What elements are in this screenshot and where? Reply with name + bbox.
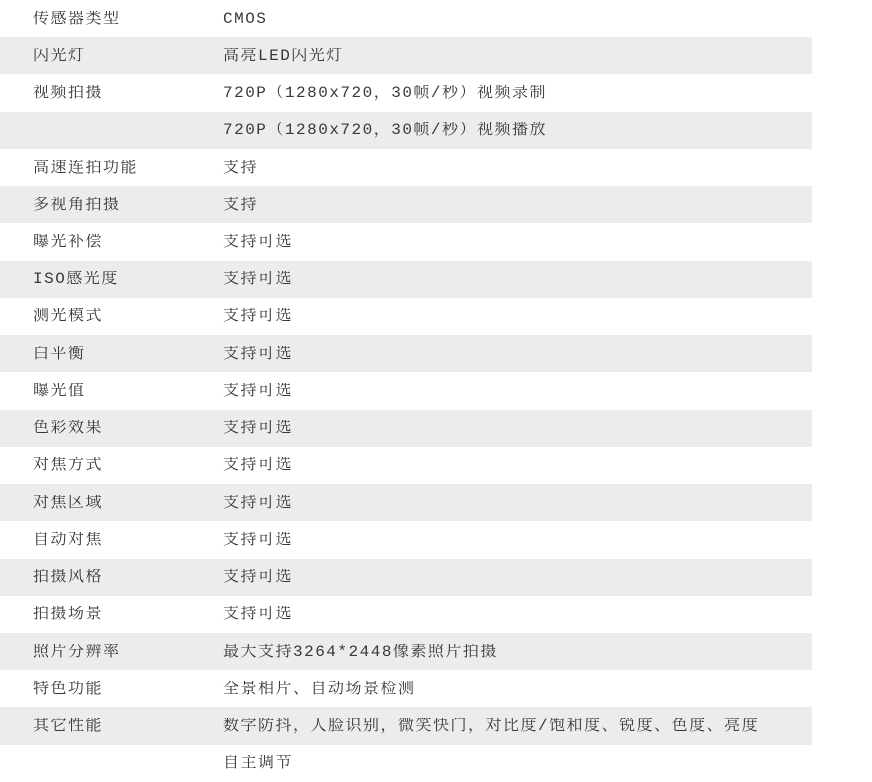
camera-spec-table: 传感器类型 CMOS 闪光灯 高亮LED闪光灯 视频拍摄 720P（1280x7…: [0, 0, 812, 782]
spec-label: 照片分辨率: [0, 644, 223, 660]
table-row: 对焦区域 支持可选: [0, 484, 812, 521]
spec-label: 特色功能: [0, 681, 223, 697]
spec-value: 高亮LED闪光灯: [223, 48, 812, 64]
spec-label: 多视角拍摄: [0, 197, 223, 213]
table-row: 特色功能 全景相片、自动场景检测: [0, 670, 812, 707]
spec-value: 自主调节: [223, 755, 812, 771]
spec-label: 测光模式: [0, 308, 223, 324]
table-row: 白平衡 支持可选: [0, 335, 812, 372]
table-row: 自动对焦 支持可选: [0, 521, 812, 558]
spec-label: 对焦方式: [0, 457, 223, 473]
spec-value: 支持可选: [223, 346, 812, 362]
spec-value: CMOS: [223, 11, 812, 27]
table-row: 照片分辨率 最大支持3264*2448像素照片拍摄: [0, 633, 812, 670]
spec-value: 支持可选: [223, 271, 812, 287]
table-row: 曝光值 支持可选: [0, 372, 812, 409]
table-row: 拍摄场景 支持可选: [0, 596, 812, 633]
spec-value: 支持可选: [223, 457, 812, 473]
table-row: 闪光灯 高亮LED闪光灯: [0, 37, 812, 74]
spec-label: ISO感光度: [0, 271, 223, 287]
spec-value: 数字防抖，人脸识别，微笑快门，对比度/饱和度、锐度、色度、亮度: [223, 718, 812, 734]
table-row: 视频拍摄 720P（1280x720，30帧/秒）视频录制: [0, 74, 812, 111]
table-row: 自主调节: [0, 745, 812, 782]
table-row: 高速连拍功能 支持: [0, 149, 812, 186]
table-row: 测光模式 支持可选: [0, 298, 812, 335]
spec-value: 720P（1280x720，30帧/秒）视频播放: [223, 122, 812, 138]
spec-value: 支持可选: [223, 234, 812, 250]
spec-value: 支持可选: [223, 606, 812, 622]
spec-label: 对焦区域: [0, 495, 223, 511]
spec-label: 传感器类型: [0, 11, 223, 27]
spec-value: 支持: [223, 160, 812, 176]
table-row: 曝光补偿 支持可选: [0, 223, 812, 260]
spec-label: 拍摄场景: [0, 606, 223, 622]
spec-label: 拍摄风格: [0, 569, 223, 585]
table-row: ISO感光度 支持可选: [0, 261, 812, 298]
spec-value: 支持可选: [223, 569, 812, 585]
table-row: 拍摄风格 支持可选: [0, 559, 812, 596]
table-row: 720P（1280x720，30帧/秒）视频播放: [0, 112, 812, 149]
spec-value: 支持可选: [223, 308, 812, 324]
spec-label: 其它性能: [0, 718, 223, 734]
table-row: 对焦方式 支持可选: [0, 447, 812, 484]
spec-value: 最大支持3264*2448像素照片拍摄: [223, 644, 812, 660]
spec-value: 支持可选: [223, 383, 812, 399]
table-row: 其它性能 数字防抖，人脸识别，微笑快门，对比度/饱和度、锐度、色度、亮度: [0, 707, 812, 744]
spec-value: 支持可选: [223, 532, 812, 548]
spec-label: 白平衡: [0, 346, 223, 362]
table-row: 多视角拍摄 支持: [0, 186, 812, 223]
spec-label: 高速连拍功能: [0, 160, 223, 176]
spec-value: 支持可选: [223, 495, 812, 511]
spec-value: 支持: [223, 197, 812, 213]
spec-label: 视频拍摄: [0, 85, 223, 101]
spec-value: 支持可选: [223, 420, 812, 436]
spec-label: 曝光值: [0, 383, 223, 399]
spec-label: 曝光补偿: [0, 234, 223, 250]
table-row: 色彩效果 支持可选: [0, 410, 812, 447]
spec-label: 闪光灯: [0, 48, 223, 64]
spec-value: 全景相片、自动场景检测: [223, 681, 812, 697]
spec-label: 色彩效果: [0, 420, 223, 436]
spec-value: 720P（1280x720，30帧/秒）视频录制: [223, 85, 812, 101]
table-row: 传感器类型 CMOS: [0, 0, 812, 37]
spec-label: 自动对焦: [0, 532, 223, 548]
